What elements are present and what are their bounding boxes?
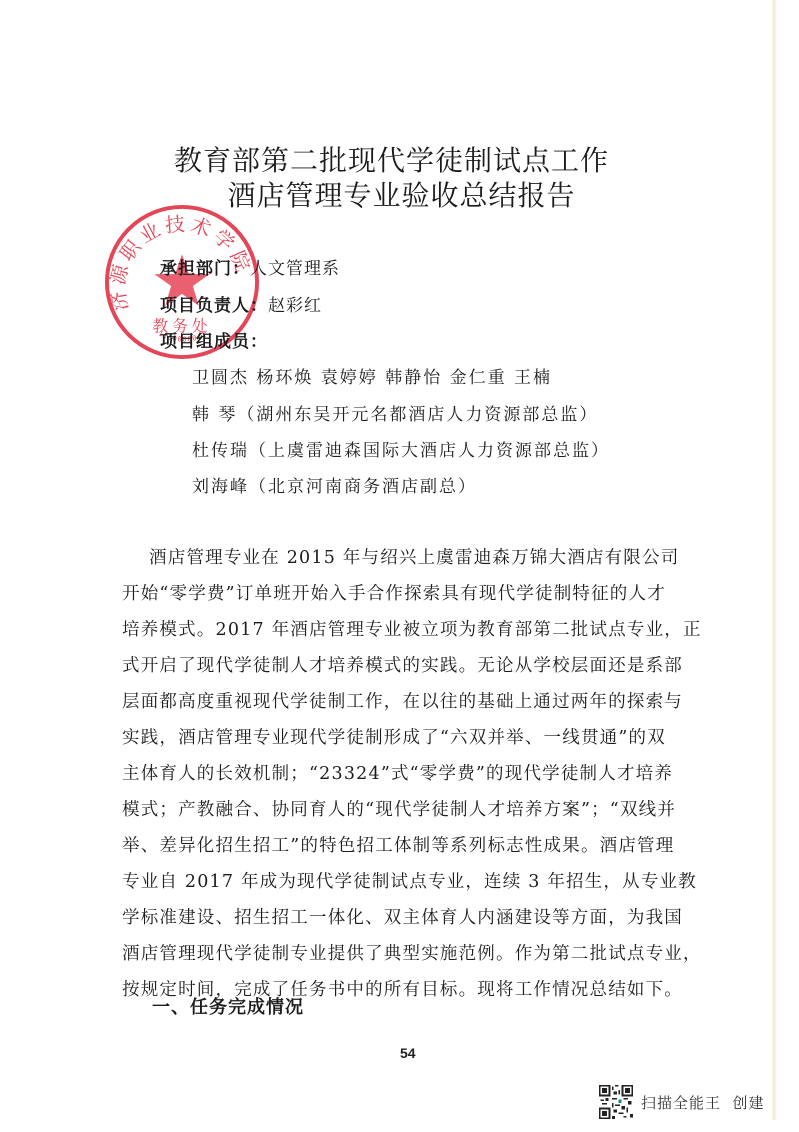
document-title-line-1: 教育部第二批现代学徒制试点工作 <box>0 143 791 179</box>
paragraph-line: 学标准建设、招生招工一体化、双主体育人内涵建设等方面，为我国 <box>122 900 722 936</box>
paragraph-line: 开始“零学费”订单班开始入手合作探索具有现代学徒制特征的人才 <box>122 576 722 612</box>
member-list-line: 刘海峰（北京河南商务酒店副总） <box>192 476 477 498</box>
department-value: 人文管理系 <box>250 259 340 279</box>
paragraph-line: 酒店管理专业在 2015 年与绍兴上虞雷迪森万锦大酒店有限公司 <box>122 540 722 576</box>
paragraph-line: 专业自 2017 年成为现代学徒制试点专业，连续 3 年招生，从专业教 <box>122 864 722 900</box>
body-paragraph: 酒店管理专业在 2015 年与绍兴上虞雷迪森万锦大酒店有限公司 开始“零学费”订… <box>122 540 722 1008</box>
paragraph-line: 模式；产教融合、协同育人的“现代学徒制人才培养方案”；“双线并 <box>122 792 722 828</box>
department-line: 承担部门：人文管理系 <box>160 258 340 280</box>
paragraph-line: 举、差异化招生招工”的特色招工体制等系列标志性成果。酒店管理 <box>122 828 722 864</box>
member-list-line: 韩 琴（湖州东吴开元名都酒店人力资源部总监） <box>192 404 598 426</box>
paragraph-line: 实践，酒店管理专业现代学徒制形成了“六双并举、一线贯通”的双 <box>122 720 722 756</box>
paragraph-line: 式开启了现代学徒制人才培养模式的实践。无论从学校层面还是系部 <box>122 648 722 684</box>
members-line: 项目组成员： <box>160 331 268 353</box>
scanner-watermark: 扫描全能王 创建 <box>599 1084 765 1120</box>
page-number: 54 <box>400 1045 416 1061</box>
qr-code-icon <box>599 1085 633 1119</box>
members-label: 项目组成员： <box>160 332 268 352</box>
paragraph-line: 层面都高度重视现代学徒制工作，在以往的基础上通过两年的探索与 <box>122 684 722 720</box>
watermark-text: 扫描全能王 创建 <box>641 1092 765 1113</box>
section-heading: 一、任务完成情况 <box>152 996 304 1020</box>
document-title-line-2: 酒店管理专业验收总结报告 <box>2 178 799 214</box>
leader-label: 项目负责人： <box>160 296 268 316</box>
leader-line: 项目负责人：赵彩红 <box>160 295 322 317</box>
paragraph-line: 主体育人的长效机制；“23324”式“零学费”的现代学徒制人才培养 <box>122 756 722 792</box>
member-list-line: 卫圆杰 杨环焕 袁婷婷 韩静怡 金仁重 王楠 <box>192 367 552 389</box>
paragraph-line: 培养模式。2017 年酒店管理专业被立项为教育部第二批试点专业，正 <box>122 612 722 648</box>
paragraph-line: 酒店管理现代学徒制专业提供了典型实施范例。作为第二批试点专业， <box>122 936 722 972</box>
leader-value: 赵彩红 <box>268 296 322 316</box>
department-label: 承担部门： <box>160 259 250 279</box>
member-list-line: 杜传瑞（上虞雷迪森国际大酒店人力资源部总监） <box>192 440 610 462</box>
